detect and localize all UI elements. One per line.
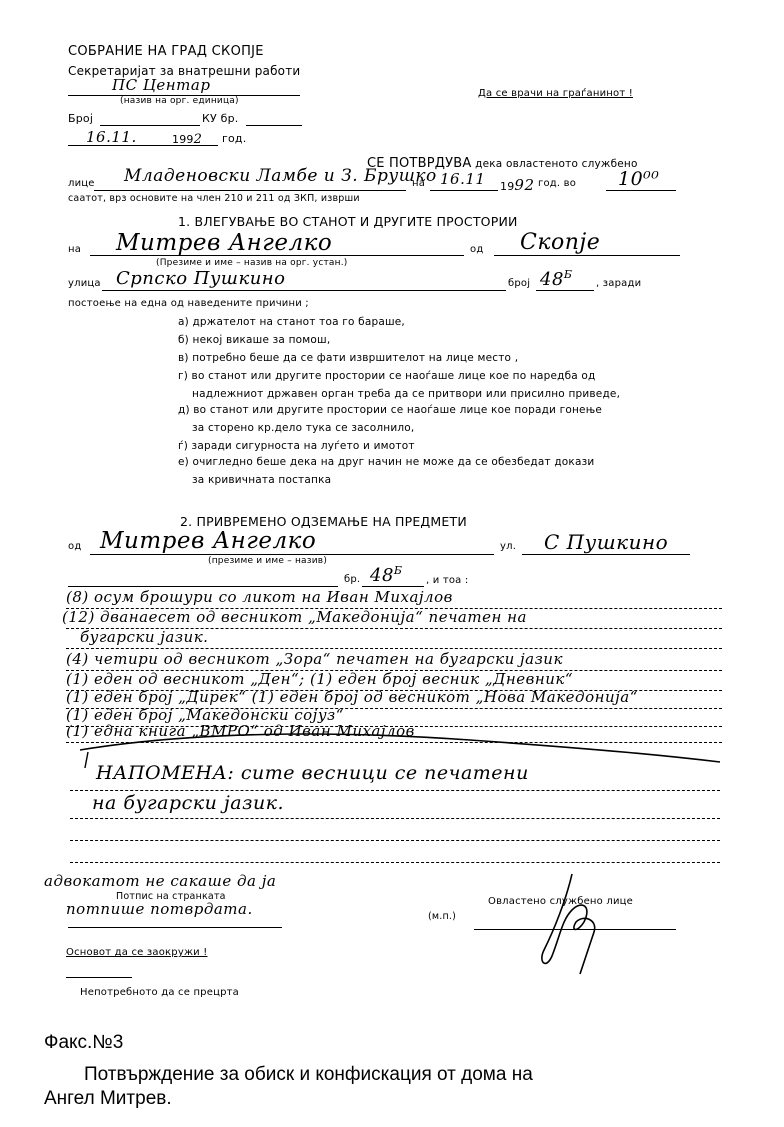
street-value: Српско Пушкино [116,268,286,289]
year-prefix: 1992 [172,132,202,147]
section2-title: 2. ПРИВРЕМЕНО ОДЗЕМАЊЕ НА ПРЕДМЕТИ [180,514,467,529]
legal-basis: саатот, врз основите на член 210 и 211 о… [68,193,360,204]
reason-item: а) држателот на станот тоа го бараше, [178,316,405,328]
seized-item: (8) осум брошури со ликот на Иван Михајл… [66,588,453,606]
reason-item: д) во станот или другите простории се на… [178,404,602,416]
seizure-number-line [362,586,424,587]
seizure-person-line [90,554,494,555]
reason-item: г) во станот или другите простории се на… [178,370,596,382]
city-field-line [494,255,680,256]
strike-sample-line [66,977,132,978]
on-date-value: 16.11 [440,170,485,188]
seizure-number-value: 48Б [370,564,403,586]
reason-item: в) потребно беше да се фати извршителот … [178,352,518,364]
seizure-street-line [522,554,690,555]
on-label-2: на [68,244,81,255]
city-value: Скопје [520,230,600,255]
reasons-intro: постоење на една од наведените причини ; [68,298,309,309]
reason-item: ѓ) заради сигурноста на луѓето и имотот [178,440,415,452]
seizure-person-value: Митрев Ангелко [100,528,316,554]
ruled-line [70,818,720,819]
org-name: СОБРАНИЕ НА ГРАД СКОПЈЕ [68,44,264,59]
note-line-2: на бугарски јазик. [92,792,284,814]
street-field-line [102,290,506,291]
owner-note-line-1: адвокатот не сакаше да ја [44,872,276,890]
person-label: лице [68,178,95,189]
ruled-line [70,790,720,791]
caption-line-2: Ангел Митрев. [44,1088,172,1110]
seized-item: (1) еден број „Дирек“ (1) еден број од в… [66,688,638,706]
reason-item: за сторено кр.дело тука се засолнило, [192,422,414,434]
unit-hint: (назив на орг. единица) [120,96,239,106]
and-label: , и тоа : [426,575,468,586]
seized-item: бугарски јазик. [80,628,208,646]
fax-label: Факс.№3 [44,1032,123,1054]
hour-field-line [606,190,676,191]
number-field-line [100,125,200,126]
reason-item: е) очигледно беше дека на друг начин не … [178,456,594,468]
resident-hint: (Презиме и име – назив на орг. устан.) [156,258,347,268]
hour-value: 10⁰⁰ [618,168,659,190]
ruled-line [70,862,720,863]
ruled-line [66,648,722,649]
seizure-street-value: С Пушкино [544,530,668,554]
year-label: 1992 [500,176,535,194]
ku-field-line [246,125,302,126]
street-label: улица [68,278,101,289]
year-suffix: год. [222,132,246,145]
caption-line-1: Потвърждение за обиск и конфискация от д… [84,1064,533,1086]
strike-note: Непотребното да се прецрта [80,987,239,998]
officer-signature-icon [520,870,610,980]
year-value: 2 [194,132,203,147]
because-label: , заради [596,278,641,289]
seizure-extra-line [68,586,338,587]
number-label: Број [68,112,93,125]
officer-names-value: Младеновски Ламбе и З. Брушко [124,166,437,186]
note-line-1: НАПОМЕНА: сите весници се печатени [96,762,529,784]
return-note: Да се врачи на граѓанинот ! [478,88,633,99]
year-suffix-2: год. во [538,178,576,189]
house-number-value: 48Б [540,268,573,290]
resident-value: Митрев Ангелко [116,230,332,256]
reason-item: за кривичната постапка [192,474,331,486]
house-number-label: број [508,278,530,289]
seizure-street-label: ул. [500,541,516,552]
on-label: на [412,178,425,189]
seizure-person-hint: (презиме и име – назив) [208,556,327,566]
date-value: 16.11. [86,128,137,146]
on-date-line [430,190,498,191]
from-label: од [470,244,483,255]
unit-value: ПС Центар [112,76,210,94]
person-field-line [94,190,406,191]
seizure-from-label: од [68,541,81,552]
ku-label: КУ бр. [202,112,238,125]
seized-item: (12) дванаесет од весникот „Македонија“ … [62,608,527,626]
reason-item: б) некој викаше за помош, [178,334,330,346]
ruled-line [70,840,720,841]
seized-item: (4) четири од весникот „Зора“ печатен на… [66,650,563,668]
owner-signature-line [68,927,282,928]
house-number-line [536,290,594,291]
owner-note-line-2: потпише потврдата. [66,900,253,918]
section1-title: 1. ВЛЕГУВАЊЕ ВО СТАНОТ И ДРУГИТЕ ПРОСТОР… [178,214,518,229]
reason-item: надлежниот државен орган треба да се при… [192,388,620,400]
stamp-label: (м.п.) [428,911,456,922]
seized-item: (1) еден од весникот „Ден“; (1) еден бро… [66,670,573,688]
circle-note: Основот да се заокружи ! [66,947,207,958]
seizure-number-label: бр. [344,574,360,585]
